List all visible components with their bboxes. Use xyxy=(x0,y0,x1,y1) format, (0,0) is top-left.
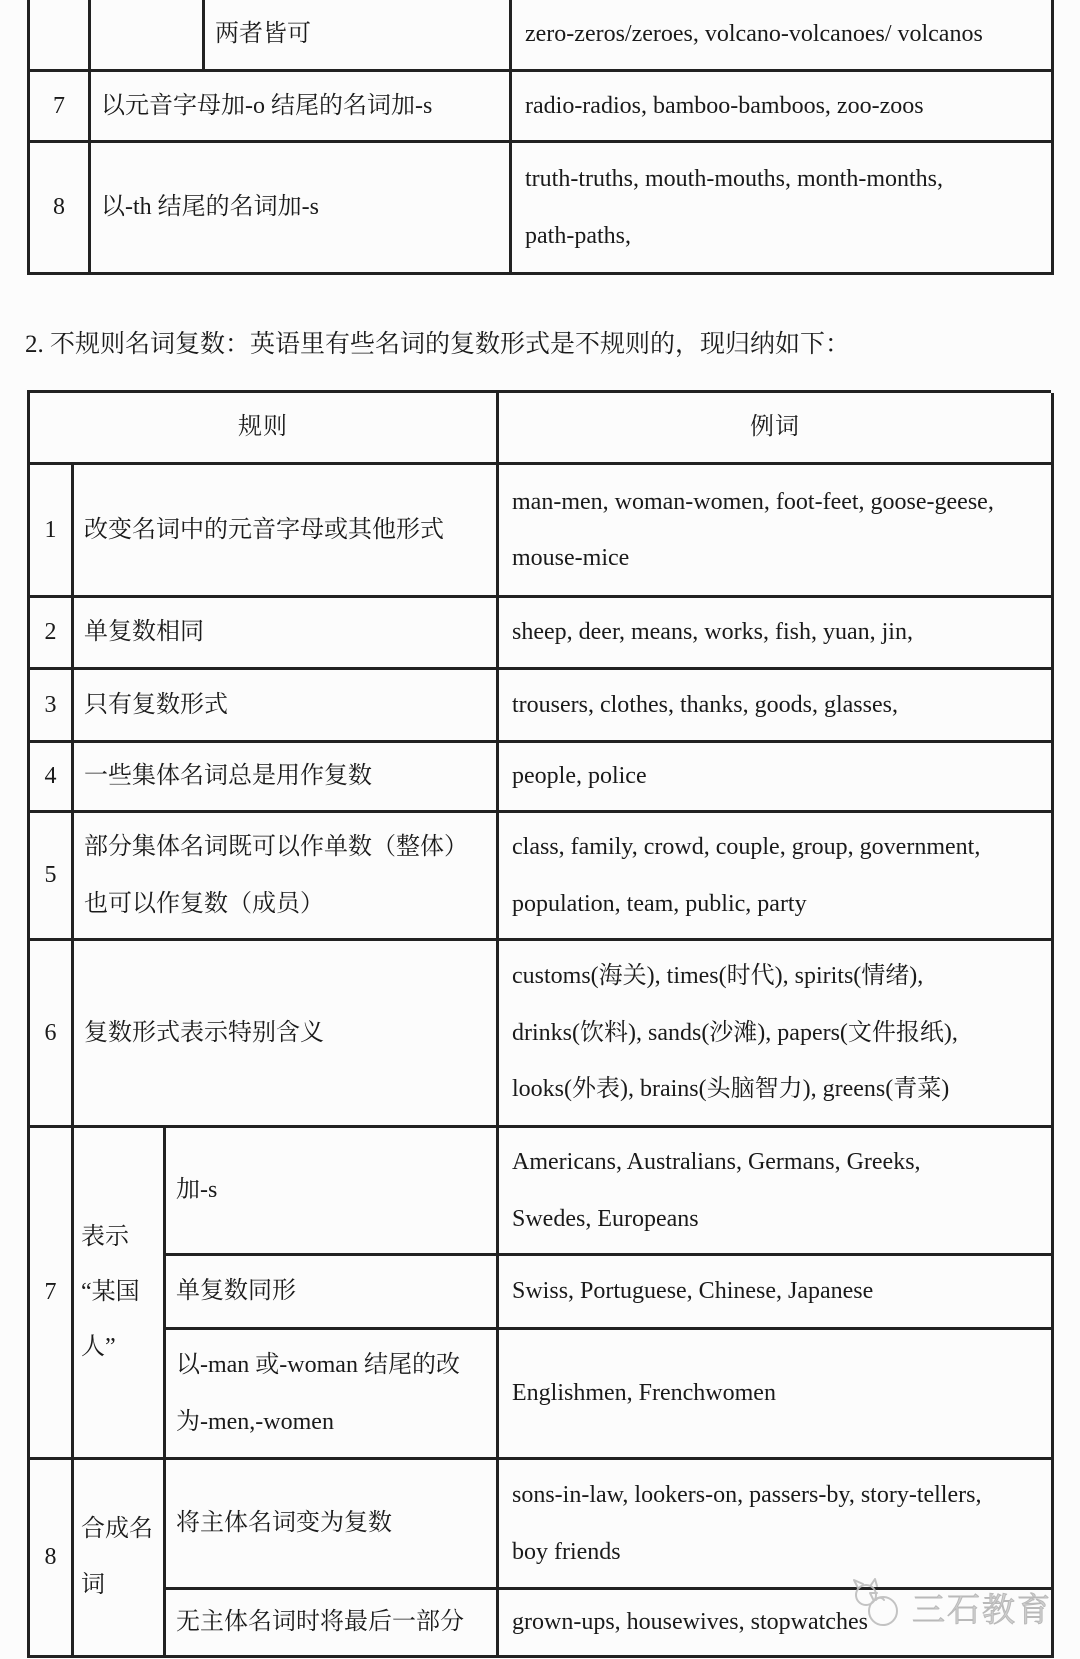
t2-row3-rule-cell: 只有复数形式 xyxy=(74,670,499,743)
t2-header-rule-cell: 规则 xyxy=(30,393,499,465)
watermark-brand: 三石教育 xyxy=(912,1584,1052,1631)
cat-mascot-icon xyxy=(848,1578,906,1637)
t2-row7c-examples-cell: Englishmen, Frenchwomen xyxy=(499,1330,1054,1460)
t1-row8-num-cell: 8 xyxy=(30,143,91,275)
t2-header-examples-cell: 例词 xyxy=(499,393,1054,465)
section-heading: 2. 不规则名词复数：英语里有些名词的复数形式是不规则的，现归纳如下： xyxy=(25,329,850,362)
table-irregular-plural-rules: 规则 例词 1 改变名词中的元音字母或其他形式 man-men, woman-w… xyxy=(27,390,1051,1658)
t2-row1-num-cell: 1 xyxy=(30,465,74,598)
t1-partial-num-cell xyxy=(30,0,91,72)
t2-row5-rule-cell: 部分集体名词既可以作单数（整体） 也可以作复数（成员） xyxy=(74,813,499,941)
t2-row5-num-cell: 5 xyxy=(30,813,74,941)
t2-row4-rule-cell: 一些集体名词总是用作复数 xyxy=(74,743,499,813)
t2-row2-rule-cell: 单复数相同 xyxy=(74,598,499,670)
t2-row8-group-label-cell: 合成名 词 xyxy=(74,1460,166,1658)
t2-row1-rule-cell: 改变名词中的元音字母或其他形式 xyxy=(74,465,499,598)
t2-row7a-examples-cell: Americans, Australians, Germans, Greeks,… xyxy=(499,1128,1054,1256)
t2-row8a-rule-cell: 将主体名词变为复数 xyxy=(166,1460,499,1590)
t2-row4-num-cell: 4 xyxy=(30,743,74,813)
t1-row8-rule-cell: 以-th 结尾的名词加-s xyxy=(91,143,512,275)
t2-row3-num-cell: 3 xyxy=(30,670,74,743)
t2-row8b-rule-cell: 无主体名词时将最后一部分 xyxy=(166,1590,499,1658)
t2-row7b-examples-cell: Swiss, Portuguese, Chinese, Japanese xyxy=(499,1256,1054,1330)
t2-row4-examples-cell: people, police xyxy=(499,743,1054,813)
t2-row2-examples-cell: sheep, deer, means, works, fish, yuan, j… xyxy=(499,598,1054,670)
t2-row1-examples-cell: man-men, woman-women, foot-feet, goose-g… xyxy=(499,465,1054,598)
t1-partial-subrule-cell: 两者皆可 xyxy=(205,0,512,72)
t2-row7-num-cell: 7 xyxy=(30,1128,74,1460)
t2-row6-rule-cell: 复数形式表示特别含义 xyxy=(74,941,499,1128)
t2-row6-examples-cell: customs(海关), times(时代), spirits(情绪), dri… xyxy=(499,941,1054,1128)
t1-row7-num-cell: 7 xyxy=(30,72,91,143)
watermark: 三石教育 xyxy=(848,1578,1052,1637)
t2-row8-num-cell: 8 xyxy=(30,1460,74,1658)
t1-partial-spacer-cell xyxy=(91,0,205,72)
table-regular-plural-rules: 两者皆可 zero-zeros/zeroes, volcano-volcanoe… xyxy=(27,0,1051,275)
t1-row7-rule-cell: 以元音字母加-o 结尾的名词加-s xyxy=(91,72,512,143)
t2-row7b-rule-cell: 单复数同形 xyxy=(166,1256,499,1330)
t1-row7-examples-cell: radio-radios, bamboo-bamboos, zoo-zoos xyxy=(512,72,1054,143)
document-page: 两者皆可 zero-zeros/zeroes, volcano-volcanoe… xyxy=(0,0,1080,1659)
t2-row6-num-cell: 6 xyxy=(30,941,74,1128)
t2-row3-examples-cell: trousers, clothes, thanks, goods, glasse… xyxy=(499,670,1054,743)
t2-row2-num-cell: 2 xyxy=(30,598,74,670)
t1-partial-examples-cell: zero-zeros/zeroes, volcano-volcanoes/ vo… xyxy=(512,0,1054,72)
t2-row7a-rule-cell: 加-s xyxy=(166,1128,499,1256)
t2-row5-examples-cell: class, family, crowd, couple, group, gov… xyxy=(499,813,1054,941)
t2-row7c-rule-cell: 以-man 或-woman 结尾的改 为-men,-women xyxy=(166,1330,499,1460)
t1-row8-examples-cell: truth-truths, mouth-mouths, month-months… xyxy=(512,143,1054,275)
t2-row8a-examples-cell: sons-in-law, lookers-on, passers-by, sto… xyxy=(499,1460,1054,1590)
t2-row7-group-label-cell: 表示 “某国 人” xyxy=(74,1128,166,1460)
